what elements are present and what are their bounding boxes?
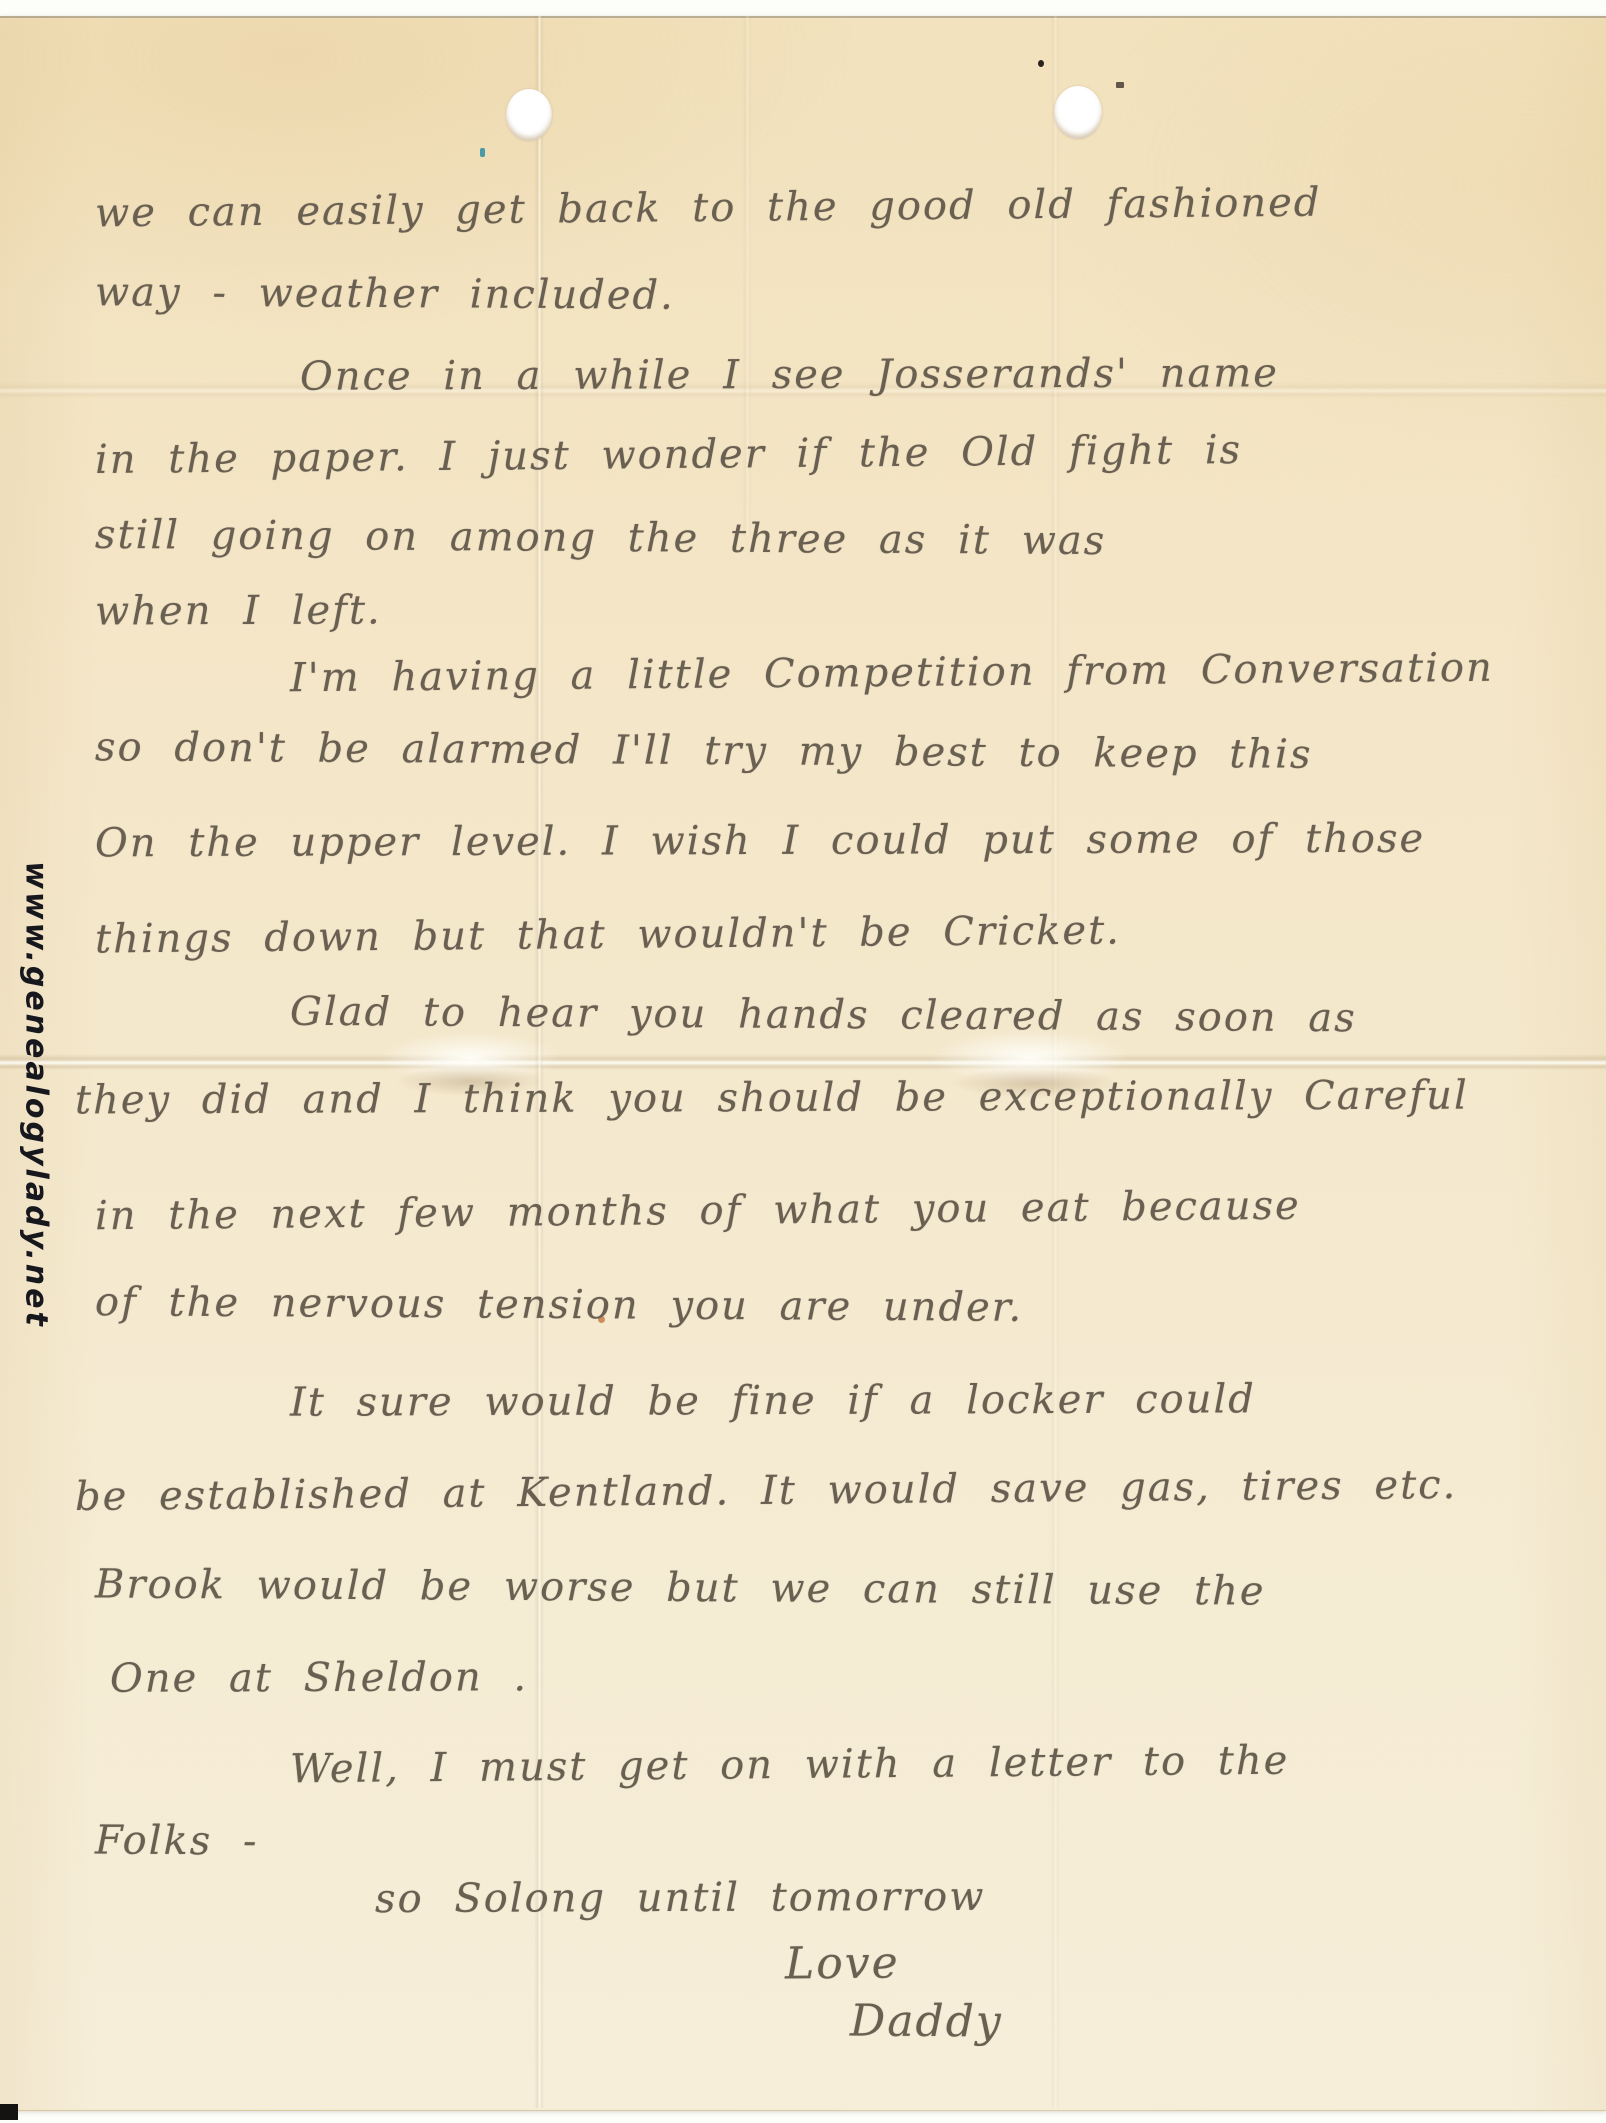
letter-line: It sure would be fine if a locker could [290, 1376, 1256, 1425]
scanner-corner-artifact [0, 2104, 18, 2120]
letter-line: Glad to hear you hands cleared as soon a… [290, 989, 1357, 1042]
letter-line: so don't be alarmed I'll try my best to … [95, 724, 1313, 777]
signature-closing: Love [785, 1938, 900, 1990]
dark-speck [1038, 60, 1044, 67]
letter-line: One at Sheldon . [110, 1654, 528, 1701]
letter-line: way - weather included. [95, 269, 675, 319]
letter-line: On the upper level. I wish I could put s… [95, 816, 1425, 867]
letter-line: so Solong until tomorrow [375, 1874, 986, 1922]
letter-line: when I left. [95, 587, 382, 634]
letter-line: Brook would be worse but we can still us… [95, 1561, 1266, 1614]
letter-line: of the nervous tension you are under. [95, 1279, 1023, 1331]
fold-crease-horizontal-main [0, 1054, 1606, 1070]
letter-line: Once in a while I see Josserands' name [300, 350, 1279, 399]
letter-line: still going on among the three as it was [95, 512, 1107, 564]
signature-name: Daddy [850, 1996, 1003, 2048]
watermark-text: www.genealogylady.net [19, 861, 54, 1329]
blue-ink-speck [480, 148, 485, 157]
punch-hole-left [506, 89, 552, 141]
pen-mark [1116, 82, 1124, 88]
letter-line: Folks - [95, 1818, 259, 1865]
punch-hole-right [1054, 86, 1102, 139]
letter-line: Well, I must get on with a letter to the [290, 1738, 1290, 1793]
letter-line: they did and I think you should be excep… [75, 1073, 1469, 1124]
letter-line: things down but that wouldn't be Cricket… [95, 908, 1121, 963]
